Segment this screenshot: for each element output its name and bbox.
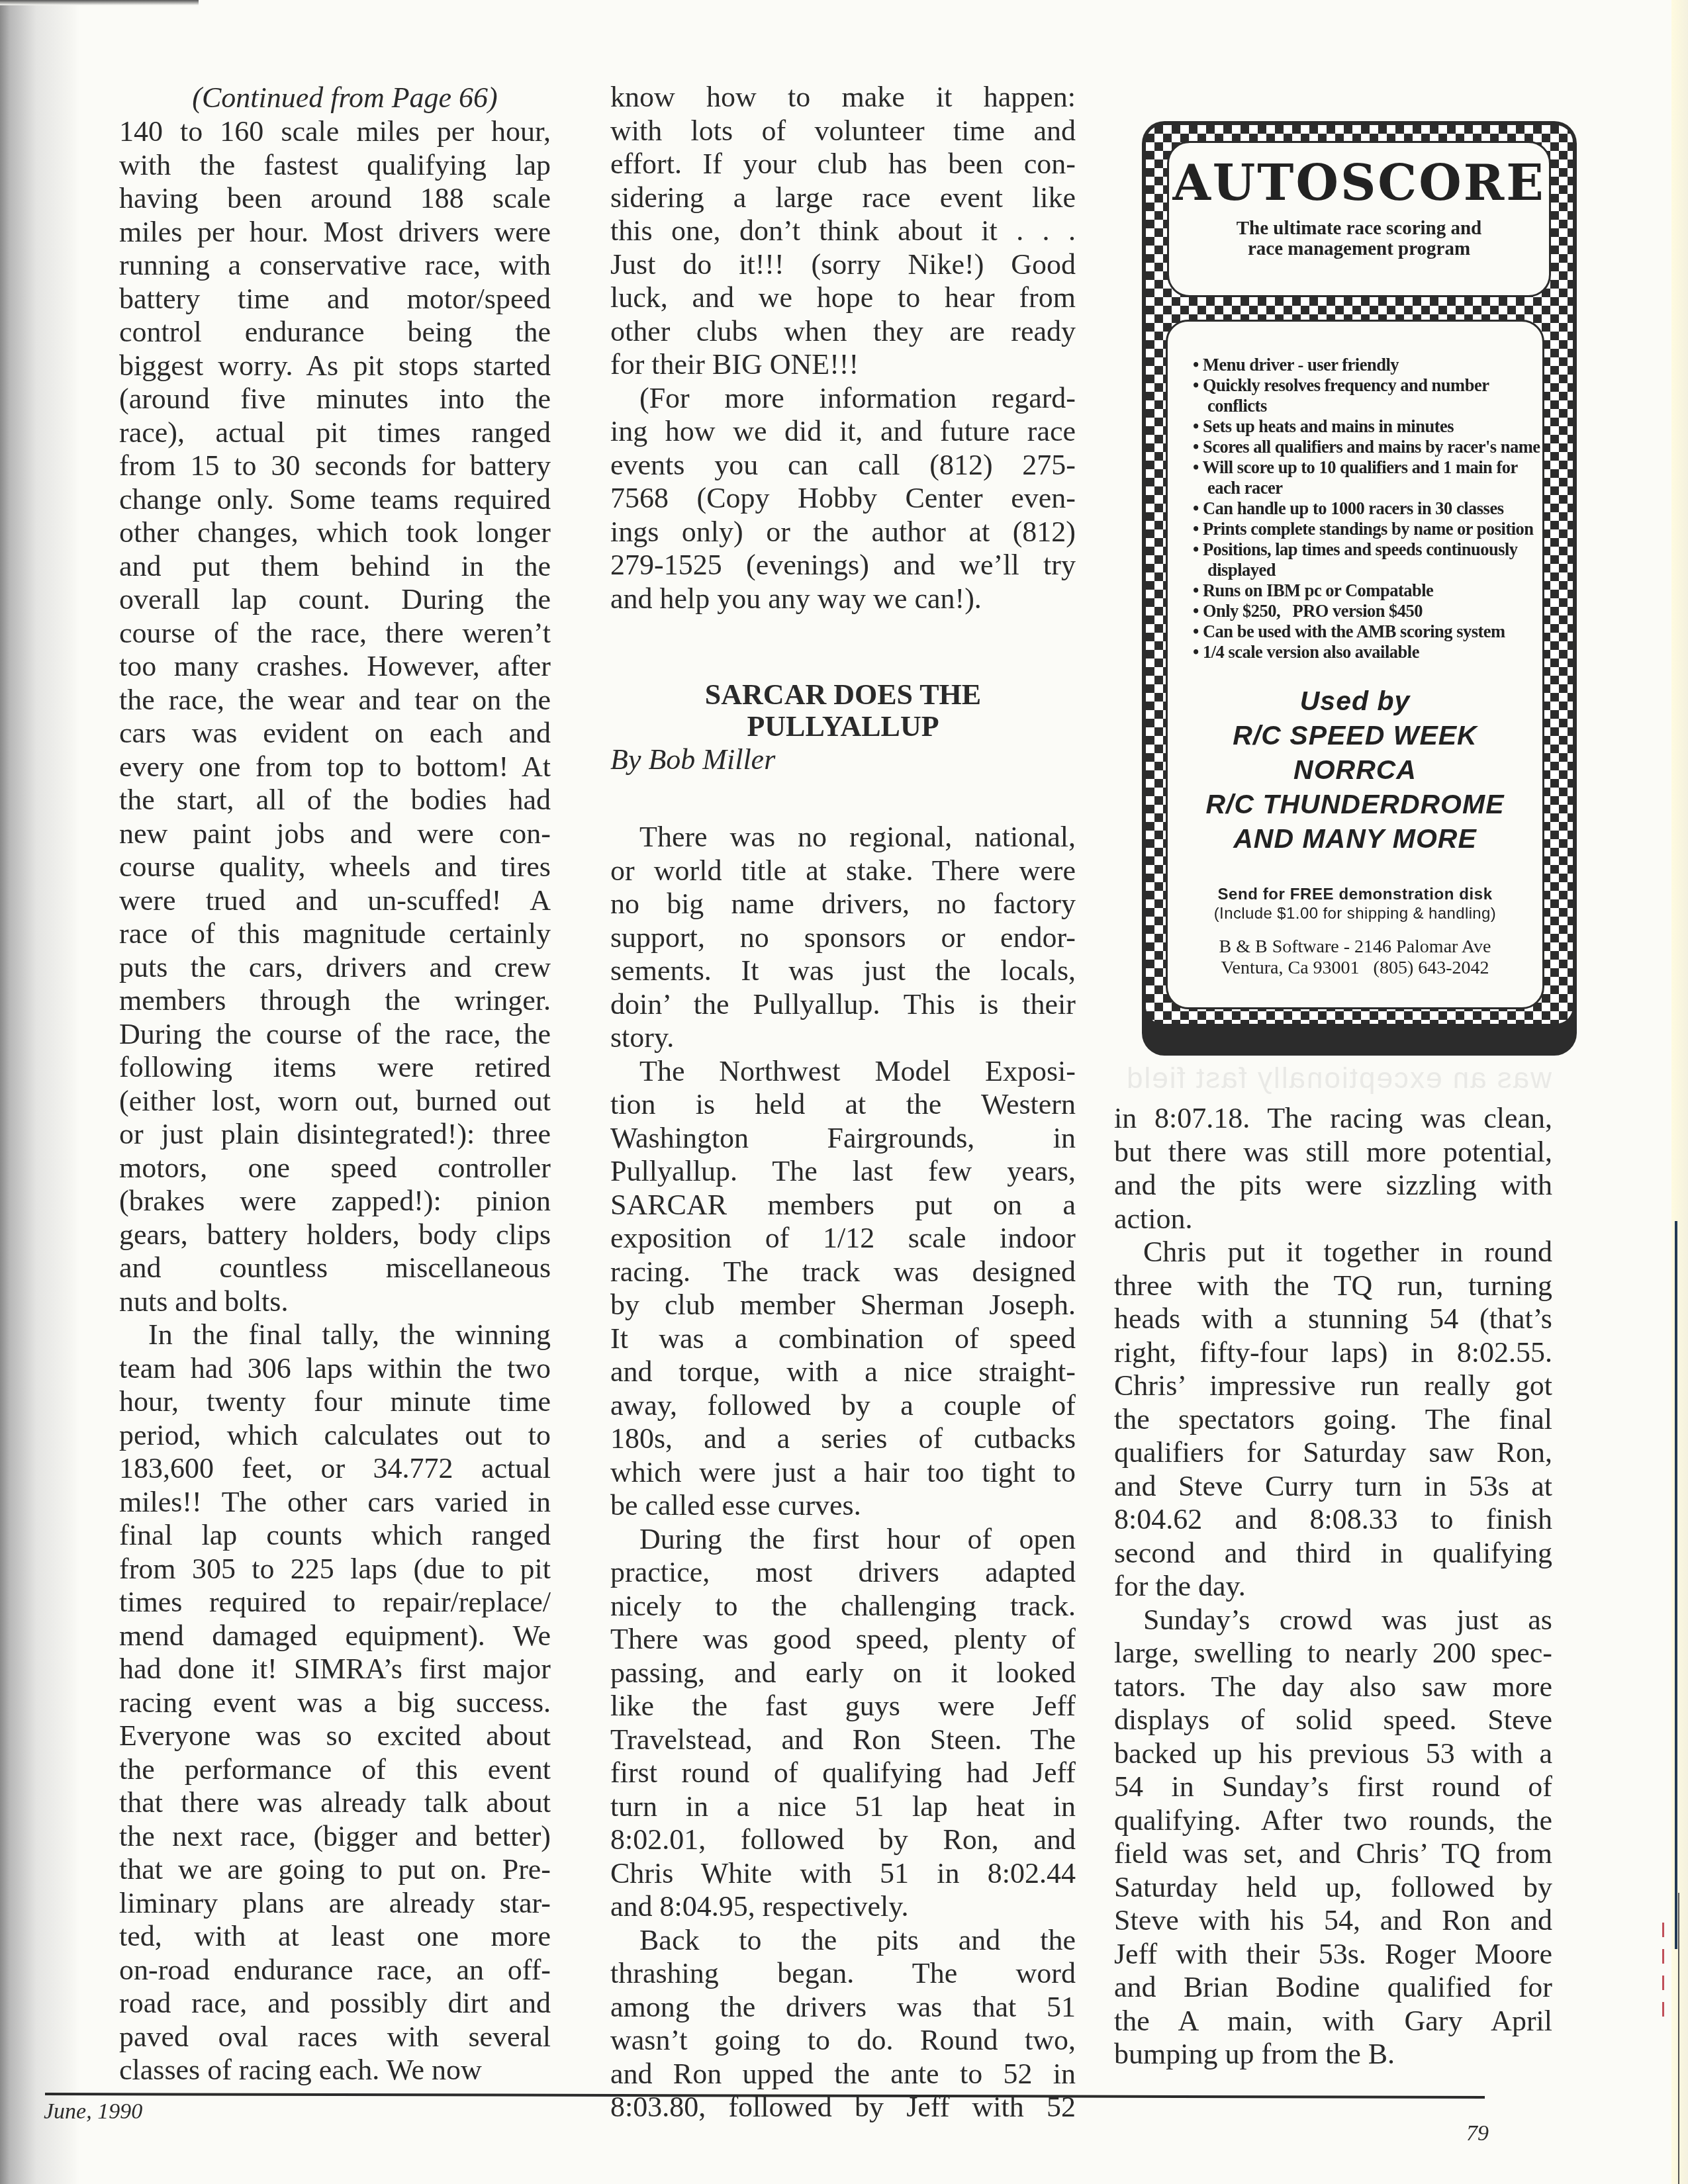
text-line: Steve with his 54, and Ron and	[1114, 1904, 1552, 1938]
text-line: this one, don’t think about it . . .	[610, 214, 1076, 248]
text-line: and torque, with a nice straight-	[610, 1355, 1076, 1389]
text-line: (brakes were zapped!): pinion	[119, 1185, 551, 1218]
text-line: displays of solid speed. Steve	[1114, 1704, 1552, 1737]
text-line: the performance of this event	[119, 1753, 551, 1787]
text-line: 279-1525 (evenings) and we’ll try	[610, 549, 1076, 582]
text-line: Pullyallup. The last few years,	[610, 1155, 1076, 1189]
text-line: Travelstead, and Ron Steen. The	[610, 1723, 1076, 1757]
text-line: turn in a nice 51 lap heat in	[610, 1790, 1076, 1824]
text-line: in 8:07.18. The racing was clean,	[1114, 1102, 1552, 1136]
page-edge-line	[1675, 1221, 1677, 1949]
text-line: Everyone was so excited about	[119, 1719, 551, 1753]
text-line: story.	[610, 1021, 1076, 1055]
text-line: nuts and bolts.	[119, 1285, 551, 1319]
text-line: three with the TQ run, turning	[1114, 1269, 1552, 1303]
text-line: miles!! The other cars varied in	[119, 1486, 551, 1520]
text-line: Just do it!!! (sorry Nike!) Good	[610, 248, 1076, 282]
text-line: and Ron upped the ante to 52 in	[610, 2058, 1076, 2091]
ad-subtitle-line: race management program	[1169, 239, 1549, 259]
text-line: support, no sponsors or endor-	[610, 921, 1076, 955]
text-line: other clubs when they are ready	[610, 315, 1076, 349]
left-column-body: 140 to 160 scale miles per hour,with the…	[119, 115, 551, 2087]
ad-title: AUTOSCORE	[1169, 154, 1549, 213]
text-line: effort. If your club has been con-	[610, 148, 1076, 181]
article-headline: SARCAR DOES THE PULLYALLUP	[610, 679, 1076, 743]
text-line: Saturday held up, followed by	[1114, 1871, 1552, 1905]
text-line: right, fifty-four laps) in 8:02.55.	[1114, 1336, 1552, 1370]
text-line: nicely to the challenging track.	[610, 1590, 1076, 1623]
text-line: 180s, and a series of cutbacks	[610, 1422, 1076, 1456]
text-line: backed up his previous 53 with a	[1114, 1737, 1552, 1771]
text-line: times required to repair/replace/	[119, 1586, 551, 1619]
text-line: for the day.	[1114, 1570, 1552, 1604]
red-edge-mark	[1662, 1923, 1664, 1937]
text-line: There was no regional, national,	[610, 821, 1076, 854]
text-line: and put them behind in the	[119, 550, 551, 584]
text-line: and the pits were sizzling with	[1114, 1169, 1552, 1203]
footer-date: June, 1990	[44, 2099, 142, 2124]
page-right-edge	[1671, 0, 1688, 2184]
text-line: members through the wringer.	[119, 984, 551, 1018]
text-line: on-road endurance race, an off-	[119, 1954, 551, 1987]
red-edge-mark	[1662, 1976, 1664, 1990]
text-line: overall lap count. During the	[119, 583, 551, 617]
ad-address-line: B & B Software - 2146 Palomar Ave	[1168, 936, 1542, 958]
text-line: had done it! SIMRA’s first major	[119, 1653, 551, 1686]
ad-offer-note: (Include $1.00 for shipping & handling)	[1168, 905, 1542, 923]
text-line: second and third in qualifying	[1114, 1537, 1552, 1570]
text-line: racing event was a big success.	[119, 1686, 551, 1720]
text-line: hour, twenty four minute time	[119, 1385, 551, 1419]
text-line: but there was still more potential,	[1114, 1136, 1552, 1169]
text-line: having been around 188 scale	[119, 182, 551, 216]
used-by-item: NORRCA	[1168, 752, 1542, 787]
text-line: battery time and motor/speed	[119, 283, 551, 316]
text-line: were trued and un-scuffed! A	[119, 884, 551, 918]
previous-article-end: know how to make it happen:with lots of …	[610, 81, 1076, 615]
ad-header-panel: AUTOSCORE The ultimate race scoring and …	[1167, 141, 1551, 297]
ad-body-panel: Menu driver - user friendly Quickly reso…	[1166, 320, 1544, 1009]
text-line: tators. The day also saw more	[1114, 1670, 1552, 1704]
text-line: action.	[1114, 1203, 1552, 1236]
ad-feature: 1/4 scale version also available	[1193, 642, 1542, 662]
text-line: 183,600 feet, or 34.772 actual	[119, 1452, 551, 1486]
text-line: miles per hour. Most drivers were	[119, 216, 551, 250]
article-byline: By Bob Miller	[610, 743, 1076, 777]
ad-address-line: Ventura, Ca 93001 (805) 643-2042	[1168, 958, 1542, 979]
text-line: other changes, which took longer	[119, 516, 551, 550]
text-line: cars was evident on each and	[119, 717, 551, 751]
text-line: and Brian Bodine qualified for	[1114, 1971, 1552, 2005]
text-line: SARCAR members put on a	[610, 1189, 1076, 1222]
text-line: with lots of volunteer time and	[610, 114, 1076, 148]
text-line: luck, and we hope to hear from	[610, 281, 1076, 315]
text-line: bumping up from the B.	[1114, 2038, 1552, 2071]
top-shadow	[0, 0, 199, 5]
text-line: the A main, with Gary April	[1114, 2005, 1552, 2038]
middle-column: know how to make it happen:with lots of …	[610, 81, 1076, 2124]
right-column: in 8:07.18. The racing was clean,but the…	[1114, 1102, 1552, 2071]
text-line: large, swelling to nearly 200 spec-	[1114, 1637, 1552, 1670]
text-line: that we are going to put on. Pre-	[119, 1853, 551, 1887]
text-line: the start, all of the bodies had	[119, 784, 551, 817]
text-line: practice, most drivers adapted	[610, 1556, 1076, 1590]
ad-feature: Menu driver - user friendly	[1193, 355, 1542, 375]
text-line: thrashing began. The word	[610, 1957, 1076, 1991]
text-line: exposition of 1/12 scale indoor	[610, 1222, 1076, 1255]
text-line: final lap counts which ranged	[119, 1519, 551, 1553]
ad-feature: Positions, lap times and speeds continuo…	[1193, 539, 1542, 580]
text-line: There was good speed, plenty of	[610, 1623, 1076, 1657]
text-line: race), actual pit times ranged	[119, 416, 551, 450]
ad-feature: Quickly resolves frequency and number co…	[1193, 375, 1542, 416]
text-line: Chris’ impressive run really got	[1114, 1369, 1552, 1403]
text-line: sements. It was just the locals,	[610, 954, 1076, 988]
ad-feature: Will score up to 10 qualifiers and 1 mai…	[1193, 457, 1542, 498]
text-line: Sunday’s crowd was just as	[1114, 1604, 1552, 1637]
text-line: (For more information regard-	[610, 382, 1076, 416]
used-by-item: AND MANY MORE	[1168, 821, 1542, 856]
text-line: running a conservative race, with	[119, 249, 551, 283]
text-line: 140 to 160 scale miles per hour,	[119, 115, 551, 149]
text-line: field was set, and Chris’ TQ from	[1114, 1837, 1552, 1871]
ad-feature: Runs on IBM pc or Compatable	[1193, 580, 1542, 601]
continued-from-note: (Continued from Page 66)	[119, 81, 551, 115]
page-number: 79	[1466, 2121, 1489, 2146]
text-line: course quality, wheels and tires	[119, 850, 551, 884]
ad-feature-list: Menu driver - user friendly Quickly reso…	[1193, 355, 1542, 662]
text-line: new paint jobs and were con-	[119, 817, 551, 851]
text-line: tion is held at the Western	[610, 1088, 1076, 1122]
text-line: and 8:04.95, respectively.	[610, 1890, 1076, 1924]
text-line: or world title at stake. There were	[610, 854, 1076, 888]
text-line: During the course of the race, the	[119, 1018, 551, 1052]
text-line: too many crashes. However, after	[119, 650, 551, 684]
autoscore-advertisement: AUTOSCORE The ultimate race scoring and …	[1142, 121, 1577, 1056]
text-line: and Steve Curry turn in 53s at	[1114, 1470, 1552, 1504]
text-line: control endurance being the	[119, 316, 551, 349]
ad-feature: Scores all qualifiers and mains by racer…	[1193, 437, 1542, 457]
text-line: sidering a large race event like	[610, 181, 1076, 215]
text-line: with the fastest qualifying lap	[119, 149, 551, 183]
text-line: ing how we did it, and future race	[610, 415, 1076, 449]
text-line: (around five minutes into the	[119, 383, 551, 416]
ad-subtitle-line: The ultimate race scoring and	[1169, 218, 1549, 239]
text-line: for their BIG ONE!!!	[610, 348, 1076, 382]
text-line: the race, the wear and tear on the	[119, 684, 551, 717]
headline-line-1: SARCAR DOES THE	[610, 679, 1076, 711]
text-line: period, which calculates out to	[119, 1419, 551, 1453]
page-spine-shadow	[0, 0, 79, 2184]
text-line: biggest worry. As pit stops started	[119, 349, 551, 383]
text-line: qualifying. After two rounds, the	[1114, 1804, 1552, 1838]
page-edge-line	[1678, 1893, 1679, 2184]
text-line: During the first hour of open	[610, 1523, 1076, 1557]
text-line: Jeff with their 53s. Roger Moore	[1114, 1938, 1552, 1972]
text-line: first round of qualifying had Jeff	[610, 1756, 1076, 1790]
text-line: motors, one speed controller	[119, 1152, 551, 1185]
text-line: and help you any way we can!).	[610, 582, 1076, 616]
text-line: paved oval races with several	[119, 2021, 551, 2054]
text-line: which were just a hair too tight to	[610, 1456, 1076, 1490]
used-by-item: R/C SPEED WEEK	[1168, 718, 1542, 752]
text-line: following items were retired	[119, 1051, 551, 1085]
text-line: 54 in Sunday’s first round of	[1114, 1770, 1552, 1804]
ad-offer: Send for FREE demonstration disk	[1168, 885, 1542, 905]
text-line: like the fast guys were Jeff	[610, 1690, 1076, 1723]
text-line: Back to the pits and the	[610, 1924, 1076, 1958]
text-line: no big name drivers, no factory	[610, 887, 1076, 921]
text-line: Washington Fairgrounds, in	[610, 1122, 1076, 1156]
text-line: puts the cars, drivers and crew	[119, 951, 551, 985]
text-line: that there was already talk about	[119, 1786, 551, 1820]
text-line: 7568 (Copy Hobby Center even-	[610, 482, 1076, 516]
text-line: heads with a stunning 54 (that’s	[1114, 1302, 1552, 1336]
text-line: wasn’t going to do. Round two,	[610, 2024, 1076, 2058]
red-edge-mark	[1662, 2002, 1664, 2017]
text-line: liminary plans are already star-	[119, 1887, 551, 1921]
text-line: the spectators going. The final	[1114, 1403, 1552, 1437]
text-line: 8:02.01, followed by Ron, and	[610, 1823, 1076, 1857]
left-column: (Continued from Page 66) 140 to 160 scal…	[119, 81, 551, 2087]
text-line: team had 306 laps within the two	[119, 1352, 551, 1386]
text-line: qualifiers for Saturday saw Ron,	[1114, 1436, 1552, 1470]
text-line: from 305 to 225 laps (due to pit	[119, 1553, 551, 1586]
text-line: among the drivers was that 51	[610, 1991, 1076, 2025]
text-line: (either lost, worn out, burned out	[119, 1085, 551, 1118]
text-line: racing. The track was designed	[610, 1255, 1076, 1289]
ad-subtitle: The ultimate race scoring and race manag…	[1169, 218, 1549, 259]
article-body: There was no regional, national,or world…	[610, 821, 1076, 2124]
text-line: every one from top to bottom! At	[119, 751, 551, 784]
text-line: ings only) or the author at (812)	[610, 516, 1076, 549]
used-by-label: Used by	[1168, 684, 1542, 718]
text-line: and countless miscellaneous	[119, 1251, 551, 1285]
text-line: gears, battery holders, body clips	[119, 1218, 551, 1252]
right-column-body: in 8:07.18. The racing was clean,but the…	[1114, 1102, 1552, 2071]
text-line: be called esse curves.	[610, 1489, 1076, 1523]
ad-feature: Prints complete standings by name or pos…	[1193, 519, 1542, 539]
text-line: classes of racing each. We now	[119, 2054, 551, 2087]
text-line: race of this magnitude certainly	[119, 917, 551, 951]
ad-feature: Can be used with the AMB scoring system	[1193, 621, 1542, 642]
text-line: mend damaged equipment). We	[119, 1619, 551, 1653]
text-line: doin’ the Pullyallup. This is their	[610, 988, 1076, 1022]
text-line: course of the race, there weren’t	[119, 617, 551, 651]
ad-feature: Only $250, PRO version $450	[1193, 601, 1542, 621]
text-line: by club member Sherman Joseph.	[610, 1289, 1076, 1322]
text-line: change only. Some teams required	[119, 483, 551, 517]
text-line: 8:04.62 and 8:08.33 to finish	[1114, 1503, 1552, 1537]
text-line: Chris put it together in round	[1114, 1236, 1552, 1269]
text-line: the next race, (bigger and better)	[119, 1820, 551, 1854]
headline-line-2: PULLYALLUP	[610, 711, 1076, 743]
ad-address: B & B Software - 2146 Palomar Ave Ventur…	[1168, 936, 1542, 979]
text-line: passing, and early on it looked	[610, 1657, 1076, 1690]
text-line: Chris White with 51 in 8:02.44	[610, 1857, 1076, 1891]
text-line: or just plain disintegrated!): three	[119, 1118, 551, 1152]
ad-feature: Sets up heats and mains in minutes	[1193, 416, 1542, 437]
text-line: events you can call (812) 275-	[610, 449, 1076, 482]
ad-used-by: Used by R/C SPEED WEEK NORRCA R/C THUNDE…	[1168, 684, 1542, 856]
text-line: know how to make it happen:	[610, 81, 1076, 114]
used-by-item: R/C THUNDERDROME	[1168, 787, 1542, 821]
text-line: from 15 to 30 seconds for battery	[119, 449, 551, 483]
text-line: It was a combination of speed	[610, 1322, 1076, 1356]
text-line: ted, with at least one more	[119, 1920, 551, 1954]
bleed-through-text: was an exceptionally fast field	[1125, 1062, 1552, 1095]
text-line: road race, and possibly dirt and	[119, 1987, 551, 2021]
text-line: away, followed by a couple of	[610, 1389, 1076, 1423]
text-line: The Northwest Model Exposi-	[610, 1055, 1076, 1089]
red-edge-mark	[1662, 1949, 1664, 1964]
ad-feature: Can handle up to 1000 racers in 30 class…	[1193, 498, 1542, 519]
text-line: In the final tally, the winning	[119, 1318, 551, 1352]
